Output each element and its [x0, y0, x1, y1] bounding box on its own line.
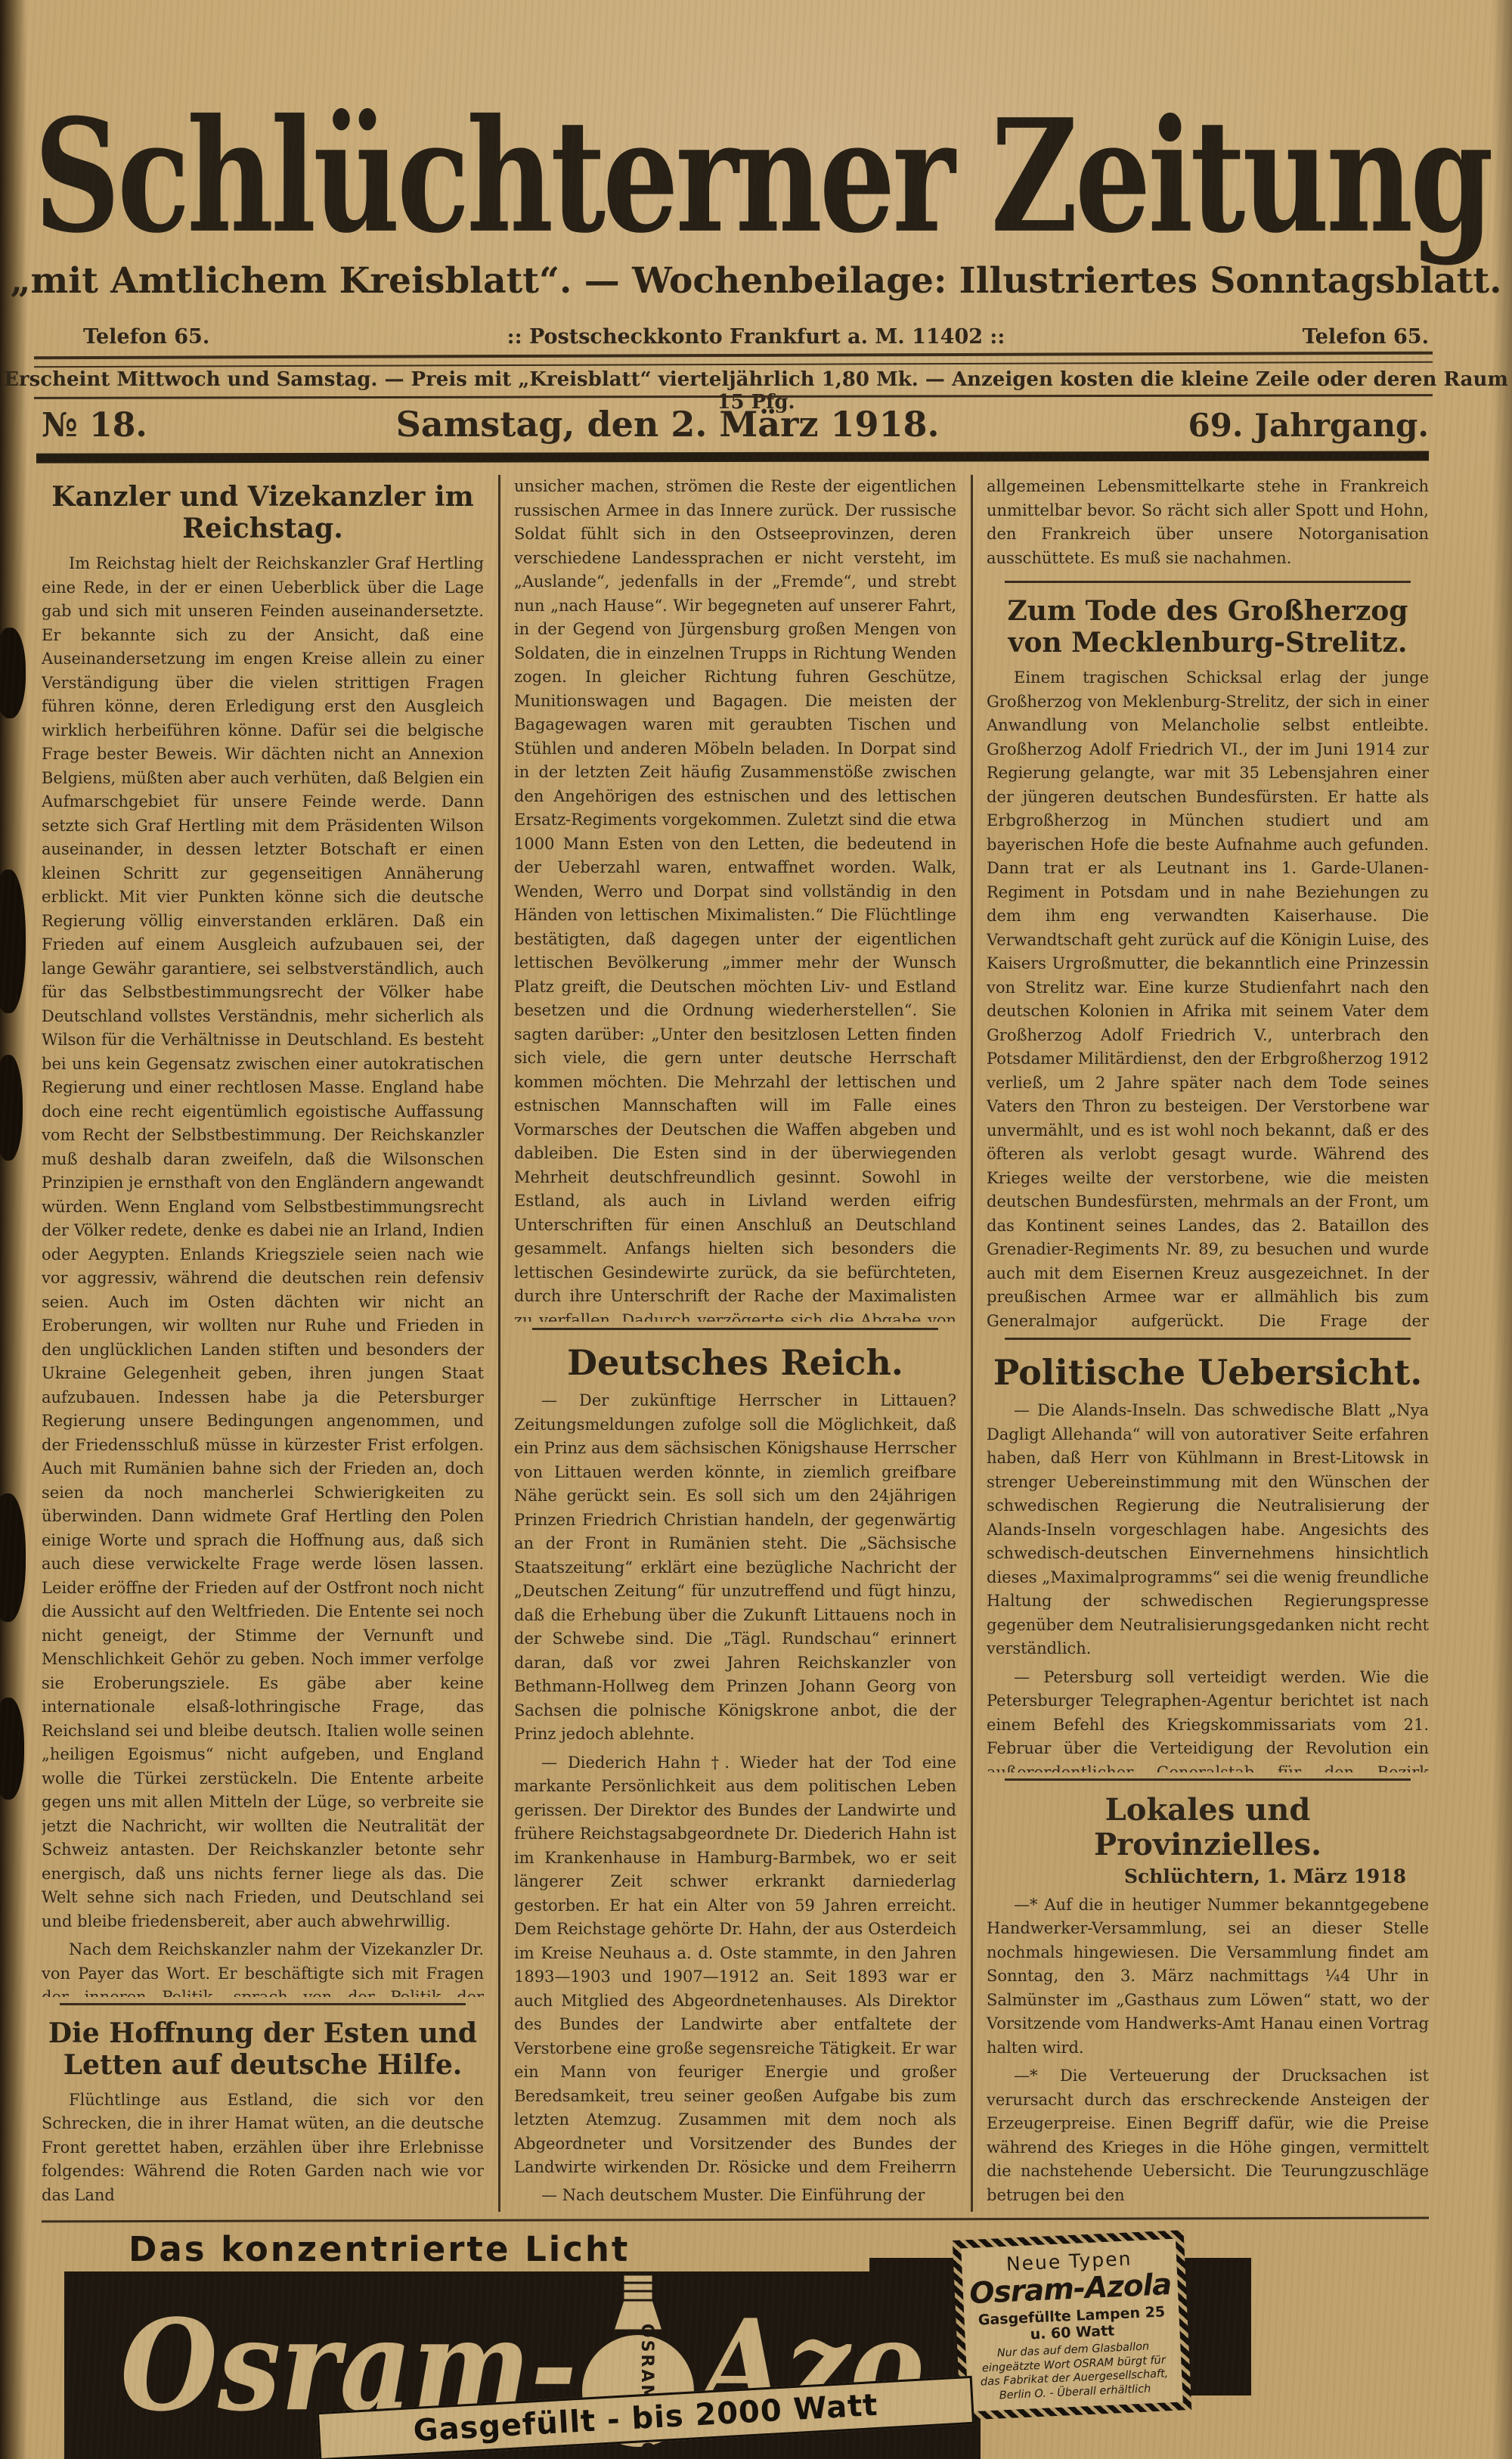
column-3: allgemeinen Lebensmittelkarte stehe in F…: [987, 475, 1429, 2212]
issue-date: Samstag, den 2. März 1918.: [396, 404, 940, 445]
article-paragraph: Flüchtlinge aus Estland, die sich vor de…: [42, 2088, 484, 2208]
double-rule: [34, 352, 1433, 367]
article-columns: Kanzler und Vizekanzler im Reichstag. Im…: [42, 475, 1429, 2212]
article-continuation: allgemeinen Lebensmittelkarte stehe in F…: [987, 475, 1429, 575]
article-paragraph: —* Auf die in heutiger Nummer bekanntgeg…: [987, 1893, 1429, 2061]
phone-left: Telefon 65.: [83, 325, 209, 349]
ad-right-box-content: Neue Typen Osram-Azola Gasgefüllte Lampe…: [961, 2239, 1183, 2412]
article-rule: [60, 2003, 466, 2005]
article-continuation: unsicher machen, strömen die Reste der e…: [514, 475, 956, 1322]
section-lokales: Lokales und Provinzielles. Schlüchtern, …: [987, 1787, 1429, 2212]
issue-row: № 18. Samstag, den 2. März 1918. 69. Jah…: [42, 404, 1429, 445]
issue-volume: 69. Jahrgang.: [1188, 407, 1429, 444]
section-politische-uebersicht: — Die Alands-Inseln. Das schwedische Bla…: [987, 1399, 1429, 1772]
bottom-rule: [42, 2217, 1429, 2223]
ad-fine-print: Nur das auf dem Glasballon eingeätzte Wo…: [970, 2339, 1178, 2405]
newspaper-page: Schlüchterner Zeitung „mit Amtlichem Kre…: [0, 0, 1512, 2459]
article-paragraph: allgemeinen Lebensmittelkarte stehe in F…: [987, 475, 1429, 570]
phone-right: Telefon 65.: [1303, 325, 1429, 349]
column-2: unsicher machen, strömen die Reste der e…: [514, 475, 956, 2212]
scan-blob: [0, 628, 26, 718]
section-headline: Deutsches Reich.: [514, 1344, 956, 1381]
contact-row: Telefon 65. :: Postscheckkonto Frankfurt…: [83, 325, 1429, 349]
dateline: Schlüchtern, 1. März 1918: [987, 1865, 1406, 1887]
article-esten-letten: Die Hoffnung der Esten und Letten auf de…: [42, 2011, 484, 2212]
article-rule: [532, 1328, 938, 1330]
article-paragraph: unsicher machen, strömen die Reste der e…: [514, 475, 956, 1322]
article-headline: Die Hoffnung der Esten und Letten auf de…: [42, 2017, 484, 2081]
article-rule: [1005, 1778, 1411, 1781]
section-headline: Lokales und Provinzielles.: [987, 1793, 1429, 1862]
article-paragraph: Nach dem Reichskanzler nahm der Vizekanz…: [42, 1938, 484, 1997]
article-paragraph: Einem tragischen Schicksal erlag der jun…: [987, 666, 1429, 1332]
article-headline: Kanzler und Vizekanzler im Reichstag.: [42, 481, 484, 544]
article-reichstag: Kanzler und Vizekanzler im Reichstag. Im…: [42, 475, 484, 1997]
column-divider: [498, 475, 500, 2212]
thick-rule: [36, 451, 1429, 463]
article-headline: Zum Tode des Großherzog von Mecklenburg-…: [987, 595, 1429, 659]
article-rule: [1005, 581, 1411, 583]
column-divider: [971, 475, 973, 2212]
newspaper-title: Schlüchterner Zeitung: [34, 100, 1478, 255]
ad-tagline: Das konzentrierte Licht: [129, 2229, 630, 2269]
article-strelitz: Einem tragischen Schicksal erlag der jun…: [987, 666, 1429, 1332]
article-paragraph: —* Die Verteuerung der Drucksachen ist v…: [987, 2064, 1429, 2207]
article-rule: [1005, 1338, 1411, 1340]
article-paragraph: — Nach deutschem Muster. Die Einführung …: [514, 2184, 956, 2208]
article-paragraph: — Petersburg soll verteidigt werden. Wie…: [987, 1666, 1429, 1772]
issue-number: № 18.: [42, 406, 147, 445]
postal-account: :: Postscheckkonto Frankfurt a. M. 11402…: [507, 325, 1005, 349]
article-paragraph: — Der zukünftige Herrscher in Littauen? …: [514, 1389, 956, 1747]
article-paragraph: — Die Alands-Inseln. Das schwedische Bla…: [987, 1399, 1429, 1661]
section-deutsches-reich: — Der zukünftige Herrscher in Littauen? …: [514, 1389, 956, 2184]
article-paragraph: Im Reichstag hielt der Reichskanzler Gra…: [42, 552, 484, 1933]
section-headline: Politische Uebersicht.: [987, 1354, 1429, 1391]
ad-right-box: Neue Typen Osram-Azola Gasgefüllte Lampe…: [953, 2230, 1191, 2420]
article-paragraph: — Diederich Hahn †. Wieder hat der Tod e…: [514, 1751, 956, 2184]
column-1: Kanzler und Vizekanzler im Reichstag. Im…: [42, 475, 484, 2212]
newspaper-subtitle: „mit Amtlichem Kreisblatt“. — Wochenbeil…: [0, 260, 1512, 302]
